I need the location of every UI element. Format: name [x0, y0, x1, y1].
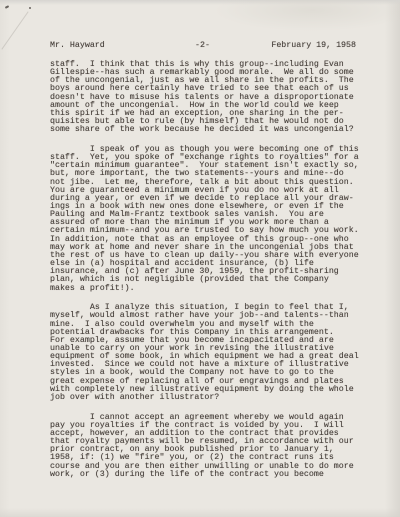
letter-header: Mr. Hayward -2- February 19, 1958 [50, 42, 368, 52]
paper-crease [1, 11, 28, 49]
paragraph: staff. I think that this is why this gro… [50, 61, 370, 134]
paragraph: I speak of you as though you were becomi… [50, 146, 370, 293]
letter-date: February 19, 1958 [271, 42, 356, 50]
addressee: Mr. Hayward [50, 42, 105, 50]
page-number: -2- [195, 42, 210, 50]
scan-speck [5, 5, 9, 9]
scan-speck [29, 7, 31, 9]
letter-body: staff. I think that this is why this gro… [50, 61, 370, 490]
scanned-letter-page: Mr. Hayward -2- February 19, 1958 staff.… [0, 0, 400, 517]
paragraph: As I analyze this situation, I begin to … [50, 304, 370, 402]
paragraph: I cannot accept an agreement whereby we … [50, 414, 370, 479]
